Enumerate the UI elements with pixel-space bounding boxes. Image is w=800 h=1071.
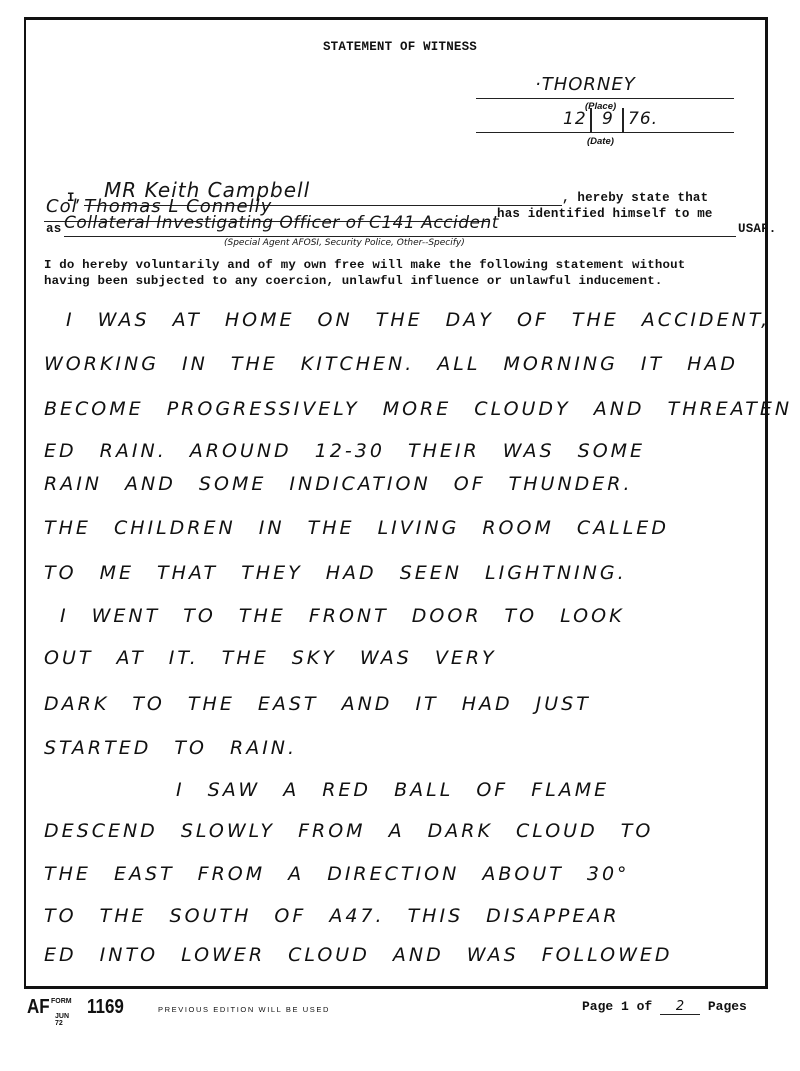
- statement-line: become progressively more cloudy and thr…: [44, 398, 744, 420]
- statement-line: descend slowly from a dark cloud to: [44, 820, 744, 842]
- place-value: ·THORNEY: [535, 74, 636, 95]
- statement-line: out at it. The sky was very: [44, 647, 744, 669]
- statement-line: to me that they had seen lightning.: [44, 562, 744, 584]
- date-day: 12: [563, 109, 587, 129]
- date-month: 9: [602, 109, 614, 129]
- page-counter: Page 1 of 2 Pages: [582, 999, 747, 1015]
- statement-line: The children in the living room called: [44, 517, 744, 539]
- date-year: 76.: [628, 109, 658, 129]
- af-label: AF: [27, 996, 50, 1019]
- usaf-label: USAF.: [738, 222, 777, 236]
- form-date: JUN 72: [55, 1013, 69, 1027]
- form-border: [24, 17, 768, 989]
- officer-role: Collateral Investigating Officer of C141…: [64, 213, 499, 233]
- edition-note: PREVIOUS EDITION WILL BE USED: [158, 1005, 330, 1014]
- statement-line: ed rain. Around 12-30 their was some: [44, 440, 744, 462]
- statement-line: I went to the front door to look: [60, 605, 760, 627]
- form-title: STATEMENT OF WITNESS: [0, 40, 800, 54]
- officer-role-underline: [64, 236, 736, 237]
- statement-line: working in the kitchen. All morning it h…: [44, 353, 744, 375]
- statement-line: dark to the east and it had just: [44, 693, 744, 715]
- date-label: (Date): [587, 136, 614, 147]
- form-number: 1169: [87, 996, 124, 1019]
- form-word: FORM: [51, 998, 72, 1005]
- page-suffix: Pages: [708, 999, 747, 1014]
- page-prefix: Page 1 of: [582, 999, 652, 1014]
- date-separator: [622, 108, 624, 132]
- place-underline: [476, 98, 734, 99]
- statement-line: I was at home on the day of the accident…: [66, 309, 766, 331]
- date-separator: [590, 108, 592, 132]
- date-underline: [476, 132, 734, 133]
- statement-line: rain and some indication of thunder.: [44, 473, 744, 495]
- declaration-line-1: I do hereby voluntarily and of my own fr…: [44, 258, 685, 272]
- statement-line: ed into lower cloud and was followed: [44, 944, 744, 966]
- declaration-line-2: having been subjected to any coercion, u…: [44, 274, 662, 288]
- page-total: 2: [660, 999, 700, 1015]
- role-hint: (Special Agent AFOSI, Security Police, O…: [224, 238, 465, 248]
- statement-line: I saw a red ball of flame: [176, 779, 800, 801]
- statement-line: to the south of A47. This disappear: [44, 905, 744, 927]
- hereby-state-text: , hereby state that: [562, 191, 708, 205]
- identified-text: has identified himself to me: [497, 207, 713, 221]
- statement-line: started to rain.: [44, 737, 744, 759]
- statement-line: the east from a direction about 30°: [44, 863, 744, 885]
- as-label: as: [46, 222, 61, 236]
